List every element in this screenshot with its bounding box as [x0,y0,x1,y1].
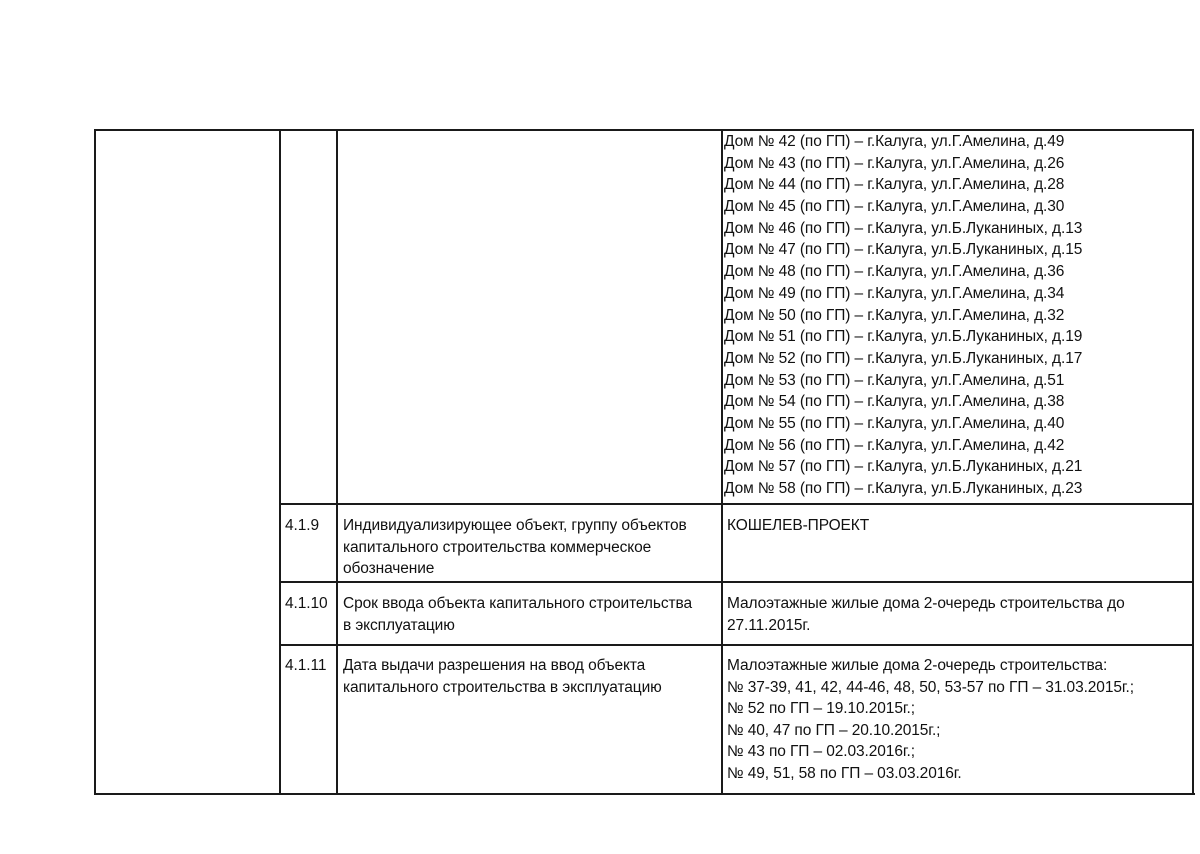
column-divider-2 [336,129,338,795]
list-item: Дом № 48 (по ГП) – г.Калуга, ул.Г.Амелин… [724,261,1082,283]
value-line: Малоэтажные жилые дома 2-очередь строите… [727,655,1134,677]
list-item: Дом № 54 (по ГП) – г.Калуга, ул.Г.Амелин… [724,391,1082,413]
row-number-4-1-9: 4.1.9 [285,515,319,537]
list-item: Дом № 56 (по ГП) – г.Калуга, ул.Г.Амелин… [724,435,1082,457]
list-item: Дом № 55 (по ГП) – г.Калуга, ул.Г.Амелин… [724,413,1082,435]
list-item: Дом № 52 (по ГП) – г.Калуга, ул.Б.Лукани… [724,348,1082,370]
value-line: 27.11.2015г. [727,615,1125,637]
row-label-4-1-9: Индивидуализирующее объект, группу объек… [343,515,687,580]
label-line: Дата выдачи разрешения на ввод объекта [343,655,662,677]
label-line: в эксплуатацию [343,615,692,637]
row-number-4-1-11: 4.1.11 [285,655,326,677]
list-item: Дом № 53 (по ГП) – г.Калуга, ул.Г.Амелин… [724,370,1082,392]
list-item: Дом № 51 (по ГП) – г.Калуга, ул.Б.Лукани… [724,326,1082,348]
row-divider-2 [279,581,1194,583]
list-item: Дом № 57 (по ГП) – г.Калуга, ул.Б.Лукани… [724,456,1082,478]
list-item: Дом № 50 (по ГП) – г.Калуга, ул.Г.Амелин… [724,305,1082,327]
list-item: Дом № 45 (по ГП) – г.Калуга, ул.Г.Амелин… [724,196,1082,218]
column-divider-3 [721,129,723,795]
value-line: КОШЕЛЕВ-ПРОЕКТ [727,515,869,537]
value-line: Малоэтажные жилые дома 2-очередь строите… [727,593,1125,615]
list-item: Дом № 47 (по ГП) – г.Калуга, ул.Б.Лукани… [724,239,1082,261]
label-line: Индивидуализирующее объект, группу объек… [343,515,687,537]
value-line: № 52 по ГП – 19.10.2015г.; [727,698,1134,720]
value-line: № 43 по ГП – 02.03.2016г.; [727,741,1134,763]
table-bottom-border [94,793,1195,795]
value-line: № 40, 47 по ГП – 20.10.2015г.; [727,720,1134,742]
label-line: Срок ввода объекта капитального строител… [343,593,692,615]
list-item: Дом № 42 (по ГП) – г.Калуга, ул.Г.Амелин… [724,131,1082,153]
value-line: № 37-39, 41, 42, 44-46, 48, 50, 53-57 по… [727,677,1134,699]
list-item: Дом № 43 (по ГП) – г.Калуга, ул.Г.Амелин… [724,153,1082,175]
list-item: Дом № 44 (по ГП) – г.Калуга, ул.Г.Амелин… [724,174,1082,196]
column-divider-1 [279,129,281,795]
row-value-4-1-9: КОШЕЛЕВ-ПРОЕКТ [727,515,869,537]
row-value-4-1-10: Малоэтажные жилые дома 2-очередь строите… [727,593,1125,636]
label-line: капитального строительства коммерческое [343,537,687,559]
row-divider-3 [279,644,1194,646]
list-item: Дом № 49 (по ГП) – г.Калуга, ул.Г.Амелин… [724,283,1082,305]
row-label-4-1-11: Дата выдачи разрешения на ввод объекта к… [343,655,662,698]
table-left-border [94,129,96,795]
row-number-4-1-10: 4.1.10 [285,593,328,615]
label-line: обозначение [343,558,687,580]
row-label-4-1-10: Срок ввода объекта капитального строител… [343,593,692,636]
table-right-border [1192,129,1194,795]
row-divider-1 [279,503,1194,505]
list-item: Дом № 58 (по ГП) – г.Калуга, ул.Б.Лукани… [724,478,1082,500]
list-item: Дом № 46 (по ГП) – г.Калуга, ул.Б.Лукани… [724,218,1082,240]
label-line: капитального строительства в эксплуатаци… [343,677,662,699]
house-address-list: Дом № 42 (по ГП) – г.Калуга, ул.Г.Амелин… [724,131,1082,500]
row-value-4-1-11: Малоэтажные жилые дома 2-очередь строите… [727,655,1134,785]
value-line: № 49, 51, 58 по ГП – 03.03.2016г. [727,763,1134,785]
